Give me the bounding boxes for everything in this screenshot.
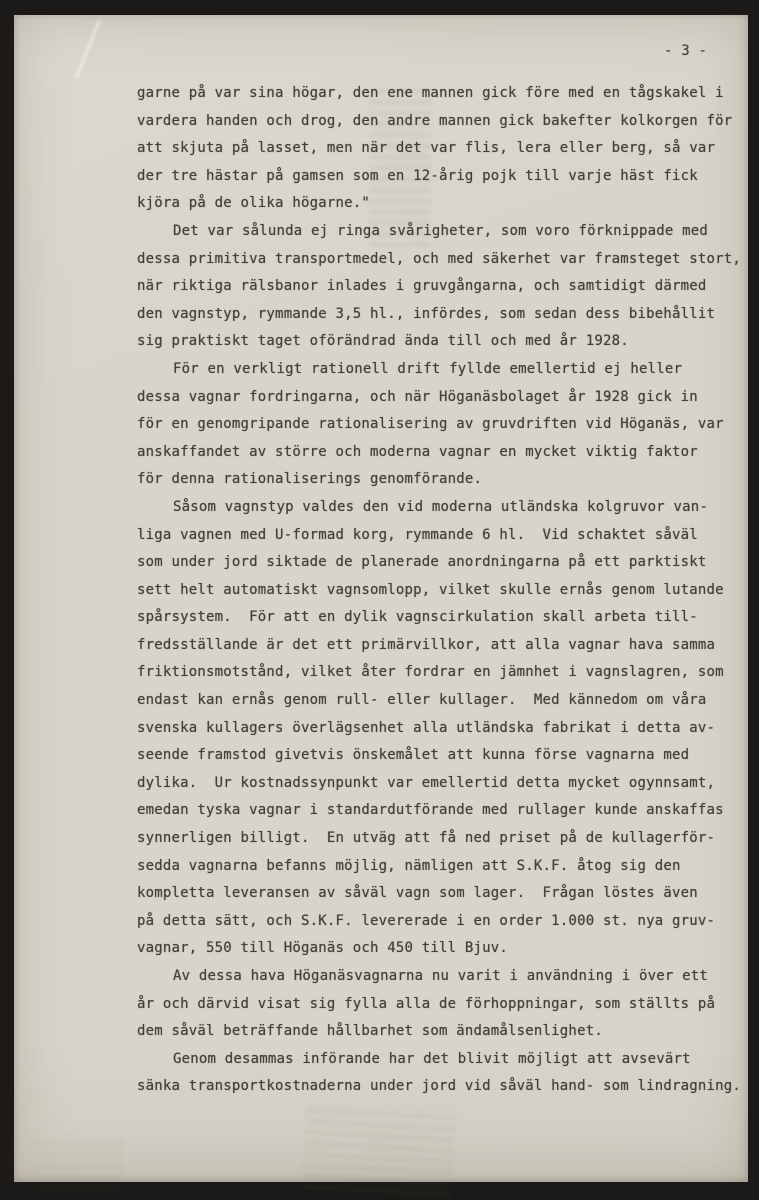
text-line: den vagnstyp, rymmande 3,5 hl., infördes…	[137, 301, 737, 329]
text-line: Av dessa hava Höganäsvagnarna nu varit i…	[137, 963, 737, 991]
text-line: Såsom vagnstyp valdes den vid moderna ut…	[137, 494, 737, 522]
text-line: Det var sålunda ej ringa svårigheter, so…	[137, 218, 737, 246]
text-line: fredsställande är det ett primärvillkor,…	[137, 632, 737, 660]
text-line: endast kan ernås genom rull- eller kulla…	[137, 687, 737, 715]
text-line: vardera handen och drog, den andre manne…	[137, 108, 737, 136]
page-number: - 3 -	[664, 43, 707, 59]
text-line: kompletta leveransen av såväl vagn som l…	[137, 880, 737, 908]
text-line: dem såväl beträffande hållbarhet som änd…	[137, 1018, 737, 1046]
text-line: garne på var sina högar, den ene mannen …	[137, 80, 737, 108]
paragraph: För en verkligt rationell drift fyllde e…	[137, 356, 737, 494]
text-line: liga vagnen med U-formad korg, rymmande …	[137, 522, 737, 550]
bleedthrough-mark	[34, 1135, 124, 1190]
paragraph: Av dessa hava Höganäsvagnarna nu varit i…	[137, 963, 737, 1046]
text-line: För en verkligt rationell drift fyllde e…	[137, 356, 737, 384]
text-line: anskaffandet av större och moderna vagna…	[137, 439, 737, 467]
text-line: för en genomgripande rationalisering av …	[137, 411, 737, 439]
text-line: sett helt automatiskt vagnsomlopp, vilke…	[137, 577, 737, 605]
bleedthrough-mark	[302, 1101, 456, 1197]
text-line: emedan tyska vagnar i standardutförande …	[137, 797, 737, 825]
paragraph: garne på var sina högar, den ene mannen …	[137, 80, 737, 218]
text-line: spårsystem. För att en dylik vagnscirkul…	[137, 604, 737, 632]
text-line: Genom desammas införande har det blivit …	[137, 1046, 737, 1074]
paragraph: Såsom vagnstyp valdes den vid moderna ut…	[137, 494, 737, 963]
text-line: vagnar, 550 till Höganäs och 450 till Bj…	[137, 935, 737, 963]
text-line: dessa primitiva transportmedel, och med …	[137, 246, 737, 274]
text-line: synnerligen billigt. En utväg att få ned…	[137, 825, 737, 853]
text-line: dylika. Ur kostnadssynpunkt var emellert…	[137, 770, 737, 798]
text-line: kjöra på de olika högarne."	[137, 190, 737, 218]
text-line: sedda vagnarna befanns möjlig, nämligen …	[137, 853, 737, 881]
text-line: sänka transportkostnaderna under jord vi…	[137, 1073, 737, 1101]
text-line: att skjuta på lasset, men när det var fl…	[137, 135, 737, 163]
document-page: - 3 - garne på var sina högar, den ene m…	[14, 15, 748, 1182]
text-line: dessa vagnar fordringarna, och när Högan…	[137, 384, 737, 412]
text-line: när riktiga rälsbanor inlades i gruvgång…	[137, 273, 737, 301]
text-line: friktionsmotstånd, vilket åter fordrar e…	[137, 659, 737, 687]
paragraph: Det var sålunda ej ringa svårigheter, so…	[137, 218, 737, 356]
text-line: svenska kullagers överlägsenhet alla utl…	[137, 715, 737, 743]
text-line: på detta sätt, och S.K.F. levererade i e…	[137, 908, 737, 936]
text-line: der tre hästar på gamsen som en 12-årig …	[137, 163, 737, 191]
text-line: år och därvid visat sig fylla alla de fö…	[137, 991, 737, 1019]
text-line: sig praktiskt taget oförändrad ända till…	[137, 328, 737, 356]
text-line: seende framstod givetvis önskemålet att …	[137, 742, 737, 770]
text-body: garne på var sina högar, den ene mannen …	[137, 80, 737, 1101]
paper-crease	[74, 21, 100, 80]
paragraph: Genom desammas införande har det blivit …	[137, 1046, 737, 1101]
text-line: för denna rationaliserings genomförande.	[137, 466, 737, 494]
text-line: som under jord siktade de planerade anor…	[137, 549, 737, 577]
